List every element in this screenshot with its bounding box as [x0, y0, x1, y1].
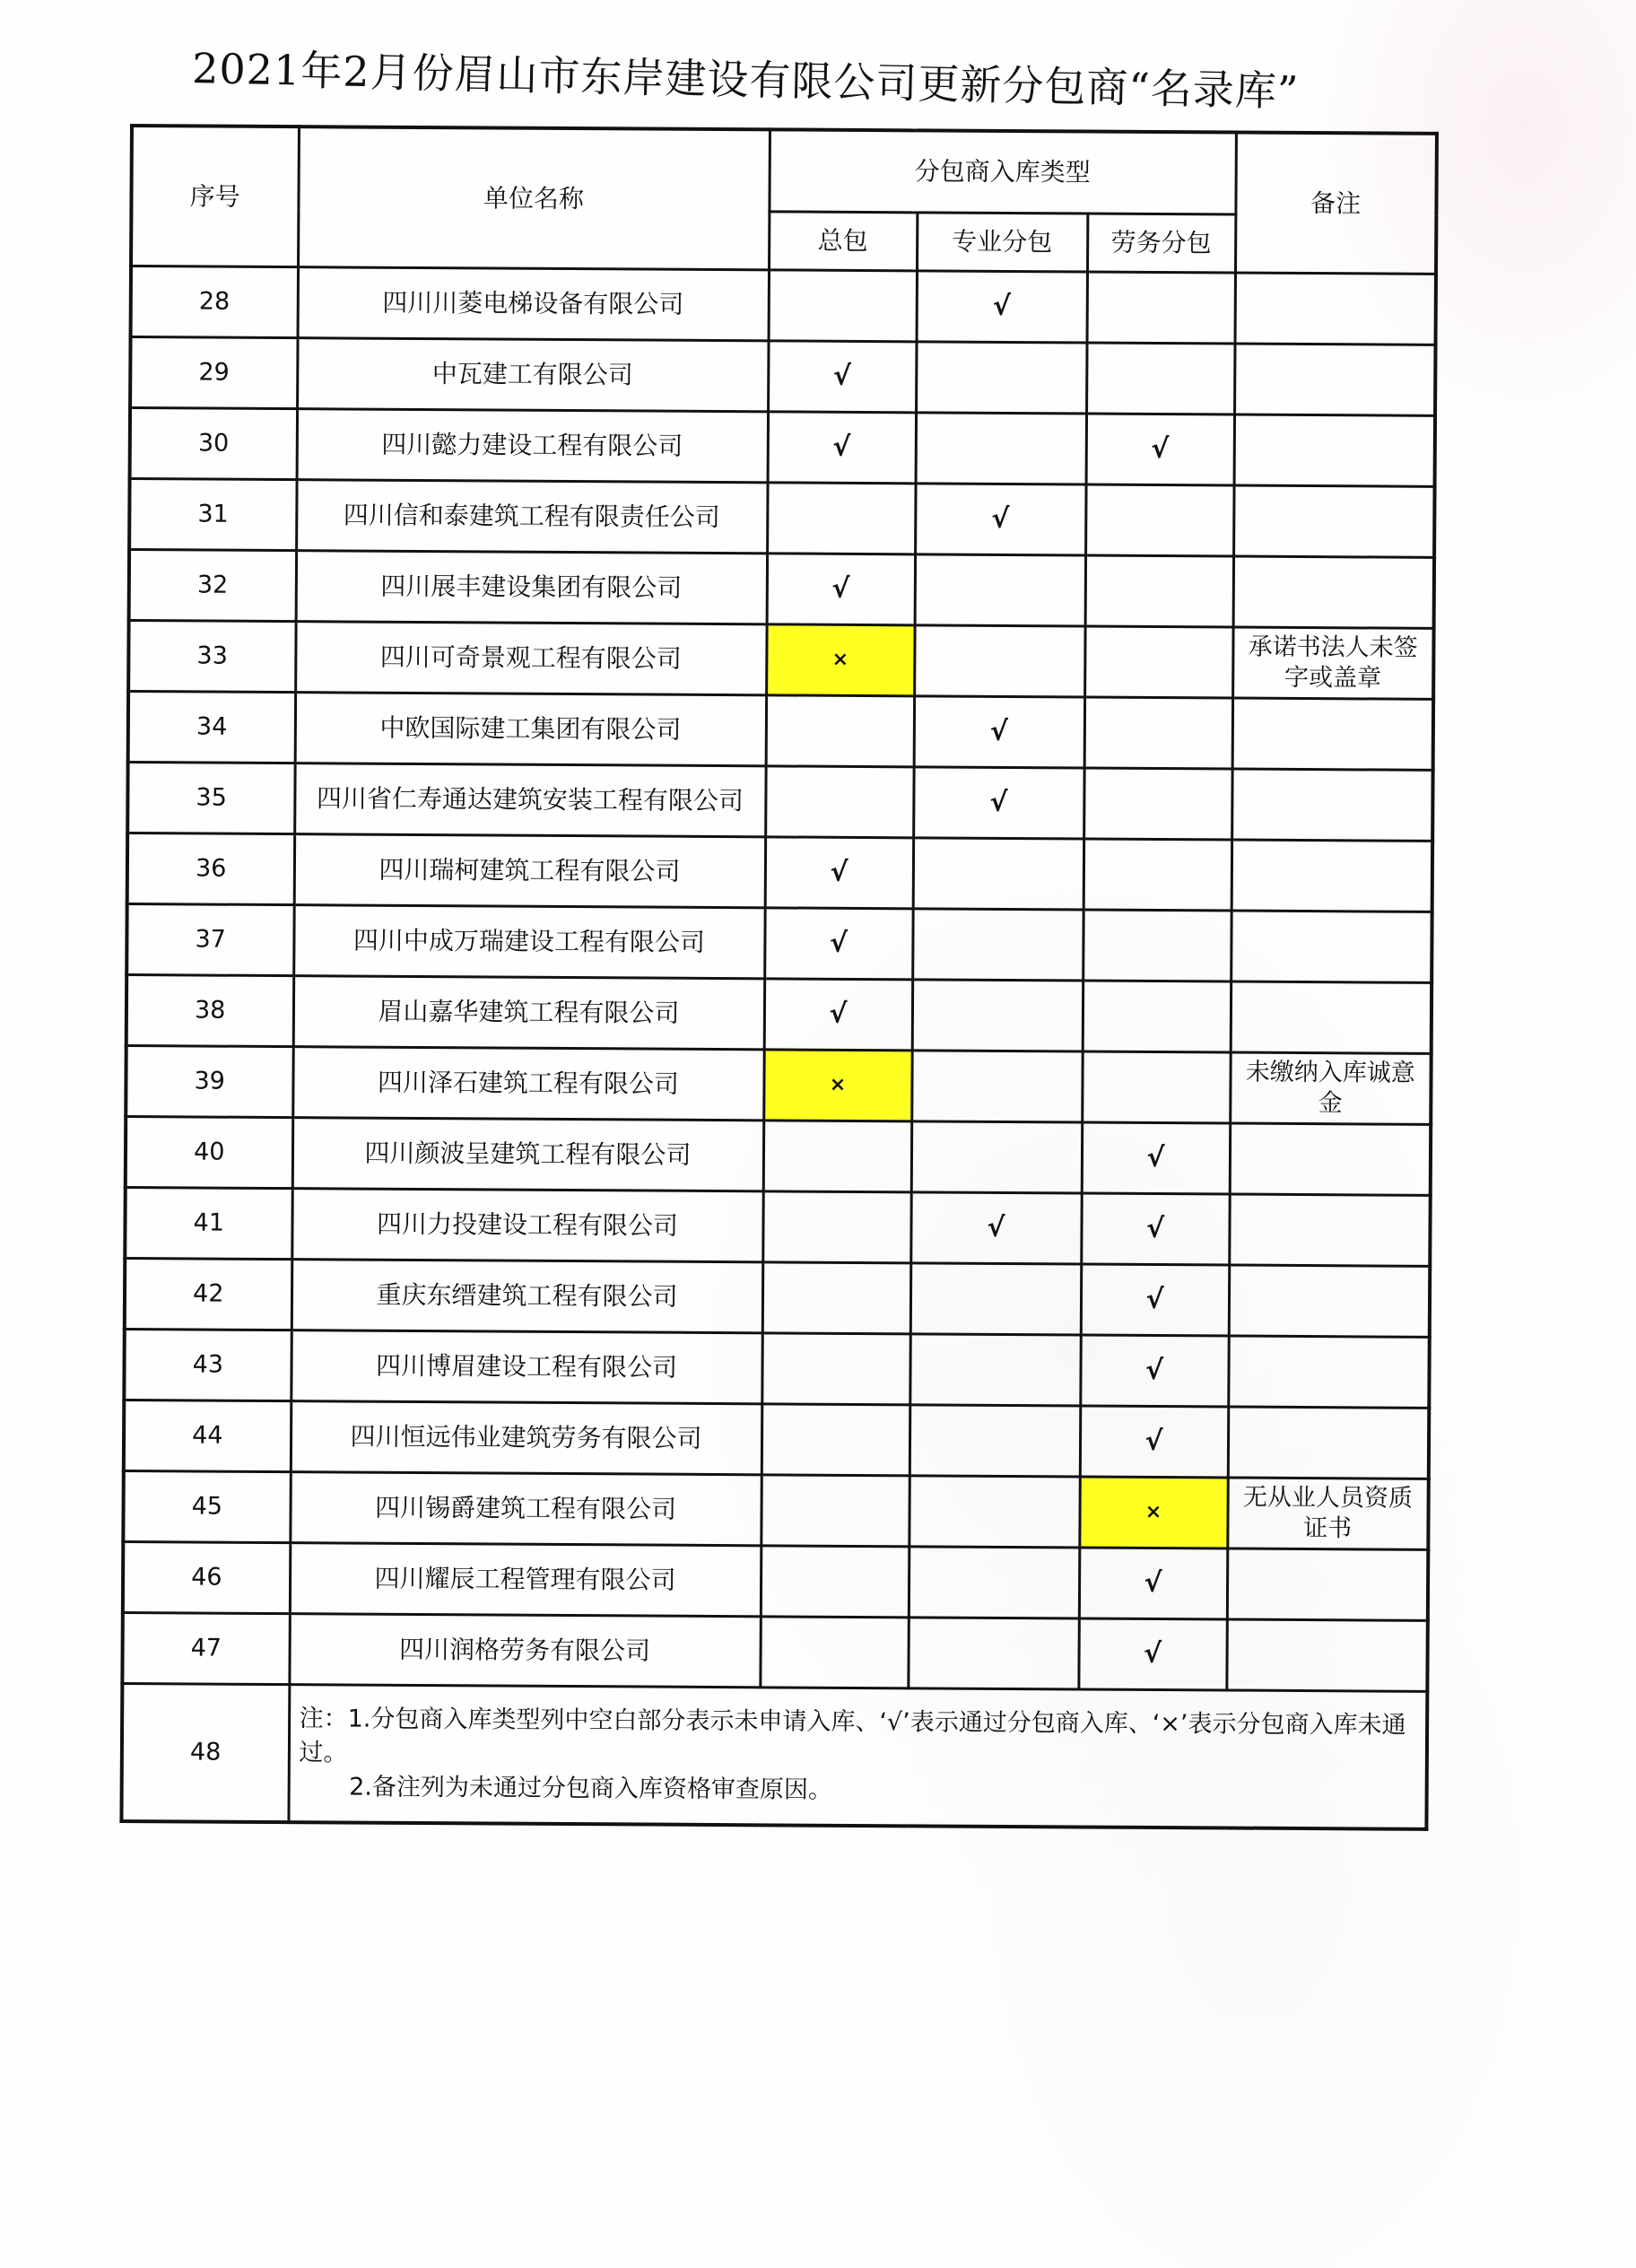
table-row: 28四川川菱电梯设备有限公司√	[131, 266, 1436, 345]
table-row: 32四川展丰建设集团有限公司√	[129, 550, 1434, 629]
specialty-subcontract-cell	[909, 1547, 1079, 1618]
table-row: 45四川锡爵建筑工程有限公司×无从业人员资质证书	[123, 1470, 1428, 1549]
general-contract-cell	[761, 1475, 909, 1547]
header-type-group: 分包商入库类型	[769, 129, 1236, 214]
company-name-cell: 重庆东缙建筑工程有限公司	[292, 1260, 762, 1333]
general-contract-cell: √	[764, 908, 912, 980]
seq-cell: 45	[123, 1470, 290, 1542]
header-seq: 序号	[131, 126, 299, 267]
seq-cell: 43	[124, 1329, 291, 1400]
remark-cell	[1226, 1619, 1427, 1691]
company-name-cell: 中欧国际建工集团有限公司	[295, 693, 766, 766]
specialty-subcontract-cell: √	[913, 767, 1083, 839]
specialty-subcontract-cell: √	[917, 271, 1087, 343]
table-row: 35四川省仁寿通达建筑安装工程有限公司√	[127, 762, 1432, 841]
header-name: 单位名称	[298, 126, 770, 270]
labor-subcontract-cell: √	[1080, 1406, 1228, 1478]
note-line-2: 2.备注列为未通过分包商入库资格审查原因。	[299, 1770, 1416, 1811]
remark-cell	[1235, 273, 1436, 345]
company-name-cell: 四川耀辰工程管理有限公司	[290, 1543, 761, 1617]
specialty-subcontract-cell	[915, 554, 1085, 626]
labor-subcontract-cell: √	[1081, 1264, 1229, 1336]
company-name-cell: 四川润格劳务有限公司	[289, 1614, 760, 1688]
remark-cell	[1234, 414, 1435, 486]
header-remark: 备注	[1235, 133, 1437, 275]
table-row: 41四川力投建设工程有限公司√√	[125, 1187, 1430, 1266]
company-name-cell: 四川川菱电梯设备有限公司	[298, 267, 769, 341]
table-row: 37四川中成万瑞建设工程有限公司√	[126, 903, 1431, 982]
remark-cell	[1233, 485, 1434, 557]
specialty-subcontract-cell: √	[914, 696, 1084, 768]
company-name-cell: 四川博眉建设工程有限公司	[291, 1330, 761, 1404]
table-row: 47四川润格劳务有限公司√	[122, 1612, 1427, 1691]
remark-cell	[1231, 840, 1432, 912]
labor-subcontract-cell	[1086, 343, 1234, 414]
general-contract-cell: √	[768, 341, 916, 413]
general-contract-cell	[762, 1191, 910, 1263]
remark-cell: 承诺书法人未签字或盖章	[1232, 627, 1433, 699]
specialty-subcontract-cell	[914, 625, 1084, 697]
specialty-subcontract-cell: √	[910, 1192, 1081, 1264]
seq-cell: 36	[127, 833, 294, 904]
table-row: 44四川恒远伟业建筑劳务有限公司√	[124, 1400, 1429, 1479]
remark-cell	[1228, 1407, 1429, 1479]
company-name-cell: 四川可奇景观工程有限公司	[295, 622, 766, 695]
labor-subcontract-cell: √	[1082, 1122, 1230, 1194]
general-contract-cell: √	[768, 412, 916, 484]
labor-subcontract-cell	[1083, 768, 1231, 840]
remark-cell	[1232, 698, 1433, 770]
specialty-subcontract-cell	[910, 1263, 1081, 1335]
company-name-cell: 四川懿力建设工程有限公司	[297, 409, 768, 483]
company-name-cell: 四川省仁寿通达建筑安装工程有限公司	[294, 763, 765, 837]
table-row: 40四川颜波呈建筑工程有限公司√	[126, 1116, 1431, 1195]
company-name-cell: 四川中成万瑞建设工程有限公司	[293, 905, 764, 979]
notes-cell: 注：1.分包商入库类型列中空白部分表示未申请入库、‘√’表示通过分包商入库、‘×…	[288, 1685, 1427, 1829]
note-row: 48注：1.分包商入库类型列中空白部分表示未申请入库、‘√’表示通过分包商入库、…	[121, 1683, 1427, 1828]
remark-cell	[1231, 911, 1431, 982]
table-row: 43四川博眉建设工程有限公司√	[124, 1329, 1429, 1408]
labor-subcontract-cell	[1084, 697, 1232, 769]
remark-cell	[1233, 556, 1434, 628]
seq-cell: 44	[124, 1400, 291, 1471]
company-name-cell: 四川瑞柯建筑工程有限公司	[294, 834, 765, 908]
labor-subcontract-cell: √	[1086, 414, 1234, 485]
table-row: 42重庆东缙建筑工程有限公司√	[125, 1258, 1430, 1337]
specialty-subcontract-cell	[912, 909, 1083, 981]
seq-cell: 34	[128, 692, 295, 763]
labor-subcontract-cell	[1084, 626, 1232, 698]
remark-cell: 无从业人员资质证书	[1227, 1478, 1428, 1549]
labor-subcontract-cell: √	[1081, 1193, 1229, 1265]
seq-cell: 33	[128, 621, 295, 693]
company-name-cell: 中瓦建工有限公司	[297, 338, 768, 412]
seq-cell: 48	[121, 1683, 289, 1822]
labor-subcontract-cell	[1085, 555, 1233, 627]
labor-subcontract-cell: ×	[1079, 1477, 1227, 1548]
specialty-subcontract-cell	[911, 1121, 1082, 1193]
table-row: 39四川泽石建筑工程有限公司×未缴纳入库诚意金	[126, 1045, 1431, 1124]
note-line-1: 注：1.分包商入库类型列中空白部分表示未申请入库、‘√’表示通过分包商入库、‘×…	[299, 1705, 1405, 1766]
general-contract-cell: √	[767, 554, 915, 625]
labor-subcontract-cell	[1085, 484, 1233, 556]
remark-cell	[1229, 1194, 1430, 1266]
remark-cell: 未缴纳入库诚意金	[1230, 1052, 1431, 1124]
labor-subcontract-cell: √	[1078, 1618, 1226, 1690]
remark-cell	[1227, 1548, 1428, 1620]
remark-cell	[1231, 769, 1432, 841]
header-general: 总包	[769, 212, 917, 271]
remark-cell	[1231, 981, 1431, 1053]
seq-cell: 39	[126, 1045, 292, 1117]
labor-subcontract-cell: √	[1080, 1335, 1228, 1407]
table-row: 34中欧国际建工集团有限公司√	[128, 692, 1433, 771]
header-labor: 劳务分包	[1087, 214, 1235, 273]
seq-cell: 28	[131, 266, 298, 338]
labor-subcontract-cell	[1083, 981, 1231, 1052]
general-contract-cell: √	[764, 979, 912, 1051]
company-name-cell: 眉山嘉华建筑工程有限公司	[293, 976, 764, 1050]
seq-cell: 46	[123, 1541, 290, 1613]
seq-cell: 29	[130, 337, 297, 409]
specialty-subcontract-cell	[909, 1334, 1080, 1406]
table-body: 28四川川菱电梯设备有限公司√29中瓦建工有限公司√30四川懿力建设工程有限公司…	[121, 266, 1436, 1829]
specialty-subcontract-cell: √	[915, 484, 1085, 555]
table-row: 33四川可奇景观工程有限公司×承诺书法人未签字或盖章	[128, 621, 1433, 700]
general-contract-cell	[760, 1617, 908, 1688]
company-name-cell: 四川信和泰建筑工程有限责任公司	[296, 480, 767, 554]
table-row: 30四川懿力建设工程有限公司√√	[130, 408, 1435, 487]
general-contract-cell	[765, 766, 913, 838]
specialty-subcontract-cell	[912, 980, 1083, 1051]
labor-subcontract-cell	[1083, 839, 1231, 911]
general-contract-cell	[761, 1546, 909, 1618]
general-contract-cell	[761, 1333, 909, 1405]
general-contract-cell	[767, 483, 915, 554]
seq-cell: 41	[125, 1187, 292, 1259]
remark-cell	[1230, 1123, 1431, 1195]
general-contract-cell: √	[765, 837, 913, 909]
seq-cell: 47	[122, 1612, 289, 1684]
seq-cell: 35	[127, 762, 294, 833]
company-name-cell: 四川恒远伟业建筑劳务有限公司	[291, 1401, 761, 1475]
specialty-subcontract-cell	[908, 1618, 1078, 1689]
table-row: 46四川耀辰工程管理有限公司√	[123, 1541, 1428, 1620]
general-contract-cell: ×	[763, 1050, 911, 1121]
seq-cell: 37	[126, 903, 293, 975]
general-contract-cell	[763, 1121, 911, 1192]
specialty-subcontract-cell	[916, 413, 1086, 484]
subcontractor-table: 序号 单位名称 分包商入库类型 备注 总包 专业分包 劳务分包 28四川川菱电梯…	[119, 124, 1439, 1831]
table-row: 29中瓦建工有限公司√	[130, 337, 1435, 416]
labor-subcontract-cell: √	[1079, 1548, 1227, 1619]
header-specialty: 专业分包	[917, 213, 1087, 272]
specialty-subcontract-cell	[909, 1476, 1079, 1548]
general-contract-cell	[761, 1404, 909, 1476]
seq-cell: 31	[129, 479, 296, 551]
general-contract-cell	[769, 270, 917, 342]
specialty-subcontract-cell	[916, 342, 1086, 414]
specialty-subcontract-cell	[909, 1405, 1080, 1477]
seq-cell: 38	[126, 974, 293, 1046]
general-contract-cell: ×	[766, 624, 914, 696]
specialty-subcontract-cell	[911, 1051, 1082, 1122]
general-contract-cell	[766, 695, 914, 767]
seq-cell: 30	[130, 408, 297, 480]
labor-subcontract-cell	[1083, 910, 1231, 981]
general-contract-cell	[762, 1262, 910, 1334]
company-name-cell: 四川颜波呈建筑工程有限公司	[292, 1118, 763, 1191]
seq-cell: 40	[126, 1116, 292, 1188]
specialty-subcontract-cell	[913, 838, 1083, 910]
company-name-cell: 四川泽石建筑工程有限公司	[292, 1047, 763, 1121]
table-row: 31四川信和泰建筑工程有限责任公司√	[129, 479, 1434, 558]
labor-subcontract-cell	[1082, 1051, 1230, 1123]
company-name-cell: 四川展丰建设集团有限公司	[296, 551, 767, 624]
seq-cell: 32	[129, 550, 296, 622]
labor-subcontract-cell	[1087, 272, 1235, 344]
remark-cell	[1234, 344, 1435, 415]
subcontractor-table-wrapper: 序号 单位名称 分包商入库类型 备注 总包 专业分包 劳务分包 28四川川菱电梯…	[119, 124, 1439, 1831]
remark-cell	[1228, 1336, 1429, 1408]
remark-cell	[1229, 1265, 1430, 1337]
company-name-cell: 四川锡爵建筑工程有限公司	[290, 1472, 761, 1546]
table-row: 38眉山嘉华建筑工程有限公司√	[126, 974, 1431, 1053]
seq-cell: 42	[125, 1258, 292, 1330]
table-row: 36四川瑞柯建筑工程有限公司√	[127, 833, 1432, 912]
company-name-cell: 四川力投建设工程有限公司	[292, 1189, 762, 1262]
